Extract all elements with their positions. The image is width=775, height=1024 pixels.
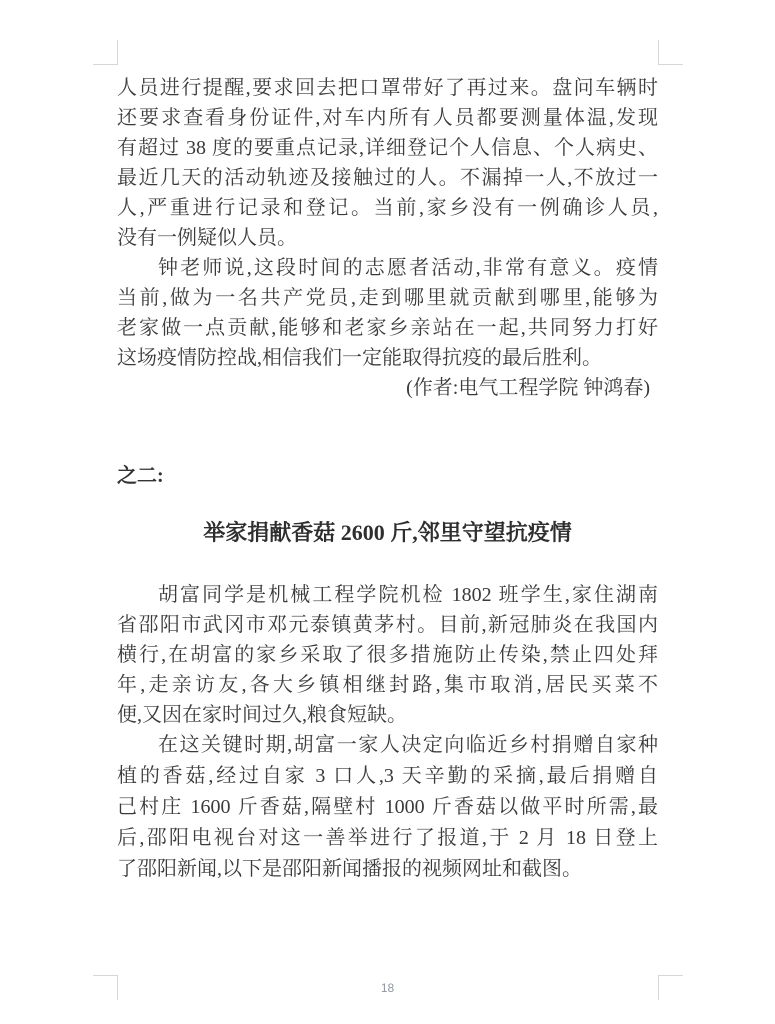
- text-line: 人员进行提醒,要求回去把口罩带好了再过来。盘问车辆时: [117, 73, 658, 103]
- text-line: 最近几天的活动轨迹及接触过的人。不漏掉一人,不放过一: [117, 163, 658, 193]
- text-line: 老家做一点贡献,能够和老家乡亲站在一起,共同努力打好: [117, 313, 658, 343]
- text-line: 没有一例疑似人员。: [117, 223, 658, 253]
- paragraph-closing: 钟老师说,这段时间的志愿者活动,非常有意义。疫情 当前,做为一名共产党员,走到哪…: [117, 253, 658, 373]
- margin-crop-mark-top-right: [658, 40, 683, 65]
- text-line: 己村庄 1600 斤香菇,隔壁村 1000 斤香菇以做平时所需,最: [117, 792, 658, 823]
- text-line: 胡富同学是机械工程学院机检 1802 班学生,家住湖南: [117, 580, 658, 610]
- document-page: { "colors": { "page_background": "#fffff…: [0, 0, 775, 1024]
- paragraph-intro: 胡富同学是机械工程学院机检 1802 班学生,家住湖南 省邵阳市武冈市邓元泰镇黄…: [117, 580, 658, 730]
- text-line: 有超过 38 度的要重点记录,详细登记个人信息、个人病史、: [117, 133, 658, 163]
- section-label: 之二:: [117, 461, 658, 491]
- text-line: 钟老师说,这段时间的志愿者活动,非常有意义。疫情: [117, 253, 658, 283]
- document-text-area: 人员进行提醒,要求回去把口罩带好了再过来。盘问车辆时 还要求查看身份证件,对车内…: [117, 0, 658, 885]
- text-line: 这场疫情防控战,相信我们一定能取得抗疫的最后胜利。: [117, 343, 658, 373]
- text-line: 人,严重进行记录和登记。当前,家乡没有一例确诊人员,: [117, 193, 658, 223]
- text-line: 当前,做为一名共产党员,走到哪里就贡献到哪里,能够为: [117, 283, 658, 313]
- text-line: 便,又因在家时间过久,粮食短缺。: [117, 700, 658, 730]
- text-line: 还要求查看身份证件,对车内所有人员都要测量体温,发现: [117, 103, 658, 133]
- text-line: 省邵阳市武冈市邓元泰镇黄茅村。目前,新冠肺炎在我国内: [117, 610, 658, 640]
- margin-crop-mark-top-left: [93, 40, 118, 65]
- article-title: 举家捐献香菇 2600 斤,邻里守望抗疫情: [117, 516, 658, 550]
- text-line: 在这关键时期,胡富一家人决定向临近乡村捐赠自家种: [117, 730, 658, 761]
- text-line: 植的香菇,经过自家 3 口人,3 天辛勤的采摘,最后捐赠自: [117, 761, 658, 792]
- text-line: 了邵阳新闻,以下是邵阳新闻播报的视频网址和截图。: [117, 854, 658, 885]
- text-line: 后,邵阳电视台对这一善举进行了报道,于 2 月 18 日登上: [117, 823, 658, 854]
- text-line: 横行,在胡富的家乡采取了很多措施防止传染,禁止四处拜: [117, 640, 658, 670]
- text-line: 年,走亲访友,各大乡镇相继封路,集市取消,居民买菜不: [117, 670, 658, 700]
- paragraph-donation: 在这关键时期,胡富一家人决定向临近乡村捐赠自家种 植的香菇,经过自家 3 口人,…: [117, 730, 658, 885]
- author-attribution: (作者:电气工程学院 钟鸿春): [117, 373, 658, 403]
- paragraph-continuation: 人员进行提醒,要求回去把口罩带好了再过来。盘问车辆时 还要求查看身份证件,对车内…: [117, 73, 658, 253]
- page-number: 18: [0, 981, 775, 995]
